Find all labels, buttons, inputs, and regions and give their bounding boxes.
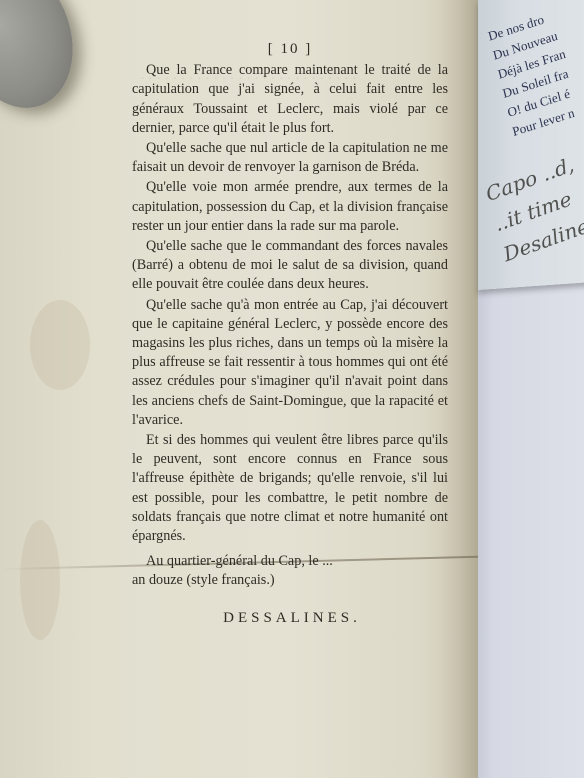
paragraph: Qu'elle sache qu'à mon entrée au Cap, j'… [132, 296, 448, 430]
signature: DESSALINES. [132, 609, 448, 628]
paragraph: Qu'elle sache que nul article de la capi… [132, 139, 448, 177]
dateline: Au quartier-général du Cap, le ... [132, 552, 448, 571]
printed-text-block: [ 10 ] Que la France compare maintenant … [132, 40, 448, 628]
paragraph: Et si des hommes qui veulent être libres… [132, 431, 448, 546]
paragraph: Qu'elle voie mon armée prendre, aux term… [132, 178, 448, 236]
paper-stain [20, 520, 60, 640]
dateline-continued: an douze (style français.) [132, 571, 448, 590]
paragraph: Que la France compare maintenant le trai… [132, 61, 448, 138]
card-printed-text: De nos dro Du Nouveau Déjà les Fran Du S… [486, 0, 584, 142]
page-number: [ 10 ] [132, 40, 448, 59]
paragraph: Qu'elle sache que le commandant des forc… [132, 237, 448, 295]
left-book-page: · · · · · · · · · · · · · · · · · · · · … [0, 0, 478, 778]
paper-stain [30, 300, 90, 390]
inserted-card: De nos dro Du Nouveau Déjà les Fran Du S… [478, 0, 584, 290]
